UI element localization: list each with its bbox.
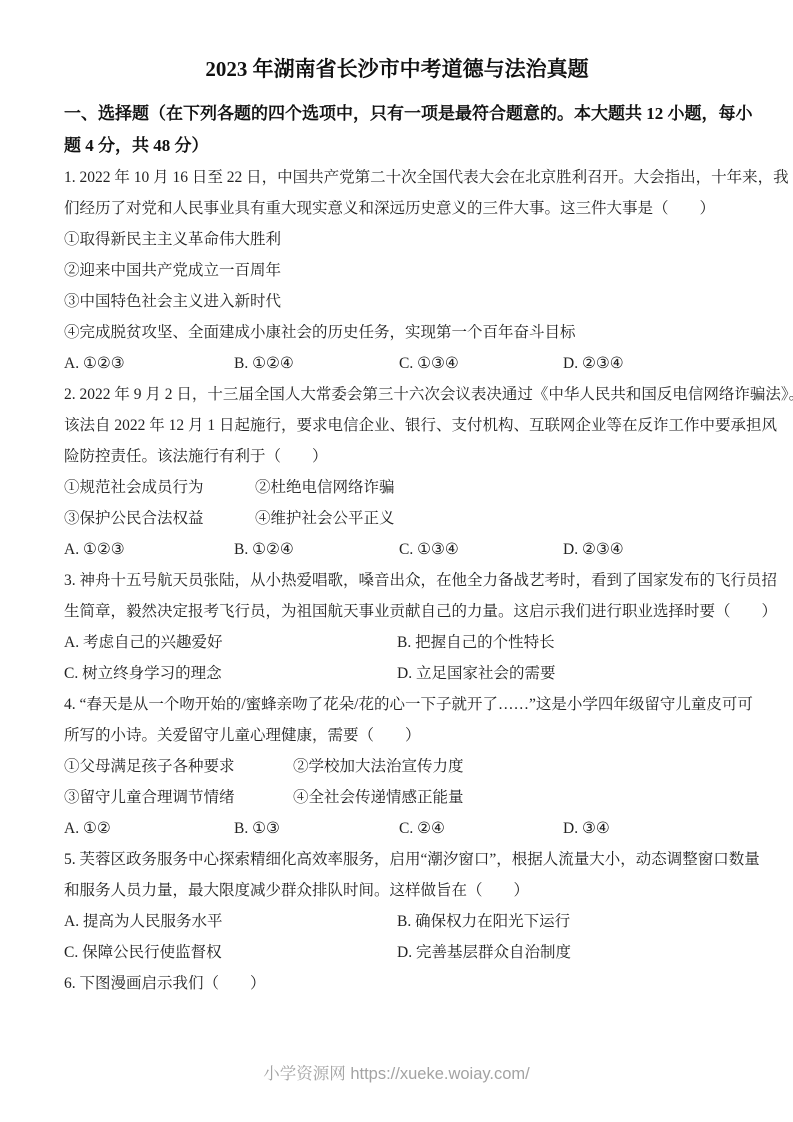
q1-answer-a: A. ①②③: [64, 348, 125, 379]
q6-stem-line-1: 6. 下图漫画启示我们（ ）: [64, 968, 730, 999]
q1-item-3: ③中国特色社会主义进入新时代: [64, 286, 730, 317]
q5-stem-line-2: 和服务人员力量，最大限度减少群众排队时间。这样做旨在（ ）: [64, 875, 730, 906]
q5-answer-row-2: C. 保障公民行使监督权 D. 完善基层群众自治制度: [64, 937, 730, 968]
q3-stem-line-2: 生简章，毅然决定报考飞行员，为祖国航天事业贡献自己的力量。这启示我们进行职业选择…: [64, 596, 730, 627]
q4-stem-line-2: 所写的小诗。关爱留守儿童心理健康，需要（ ）: [64, 720, 730, 751]
q3-answer-b: B. 把握自己的个性特长: [397, 627, 555, 658]
q1-answer-row: A. ①②③ B. ①②④ C. ①③④ D. ②③④: [64, 348, 730, 379]
q4-item-row-2: ③留守儿童合理调节情绪 ④全社会传递情感正能量: [64, 782, 730, 813]
q2-item-1: ①规范社会成员行为: [64, 472, 204, 503]
q5-answer-b: B. 确保权力在阳光下运行: [397, 906, 570, 937]
q1-answer-c: C. ①③④: [399, 348, 459, 379]
q2-answer-a: A. ①②③: [64, 534, 125, 565]
exam-document-page: 2023 年湖南省长沙市中考道德与法治真题 一、选择题（在下列各题的四个选项中，…: [0, 0, 793, 1122]
q5-stem-line-1: 5. 芙蓉区政务服务中心探索精细化高效率服务，启用“潮汐窗口”，根据人流量大小，…: [64, 844, 730, 875]
q5-answer-a: A. 提高为人民服务水平: [64, 906, 222, 937]
q5-answer-c: C. 保障公民行使监督权: [64, 937, 222, 968]
q4-answer-row: A. ①② B. ①③ C. ②④ D. ③④: [64, 813, 730, 844]
q4-item-3: ③留守儿童合理调节情绪: [64, 782, 235, 813]
page-title: 2023 年湖南省长沙市中考道德与法治真题: [64, 52, 730, 86]
q3-answer-a: A. 考虑自己的兴趣爱好: [64, 627, 222, 658]
q1-stem-line-1: 1. 2022 年 10 月 16 日至 22 日，中国共产党第二十次全国代表大…: [64, 162, 730, 193]
q2-item-4: ④维护社会公平正义: [255, 503, 395, 534]
q2-item-3: ③保护公民合法权益: [64, 503, 204, 534]
q4-answer-b: B. ①③: [234, 813, 280, 844]
q3-answer-d: D. 立足国家社会的需要: [397, 658, 555, 689]
q1-stem-line-2: 们经历了对党和人民事业具有重大现实意义和深远历史意义的三件大事。这三件大事是（ …: [64, 193, 730, 224]
section-heading-line-2: 题 4 分，共 48 分）: [64, 130, 730, 162]
q3-stem-line-1: 3. 神舟十五号航天员张陆，从小热爱唱歌，嗓音出众，在他全力备战艺考时，看到了国…: [64, 565, 730, 596]
q4-stem-line-1: 4. “春天是从一个吻开始的/蜜蜂亲吻了花朵/花的心一下子就开了……”这是小学四…: [64, 689, 730, 720]
q1-item-1: ①取得新民主主义革命伟大胜利: [64, 224, 730, 255]
q2-stem-line-2: 该法自 2022 年 12 月 1 日起施行，要求电信企业、银行、支付机构、互联…: [64, 410, 730, 441]
q2-answer-d: D. ②③④: [563, 534, 624, 565]
q5-answer-d: D. 完善基层群众自治制度: [397, 937, 571, 968]
q2-item-row-2: ③保护公民合法权益 ④维护社会公平正义: [64, 503, 730, 534]
q4-answer-a: A. ①②: [64, 813, 111, 844]
q2-answer-row: A. ①②③ B. ①②④ C. ①③④ D. ②③④: [64, 534, 730, 565]
q5-answer-row-1: A. 提高为人民服务水平 B. 确保权力在阳光下运行: [64, 906, 730, 937]
q2-answer-c: C. ①③④: [399, 534, 459, 565]
q2-stem-line-3: 险防控责任。该法施行有利于（ ）: [64, 441, 730, 472]
q2-item-2: ②杜绝电信网络诈骗: [255, 472, 395, 503]
q4-answer-c: C. ②④: [399, 813, 445, 844]
q1-answer-b: B. ①②④: [234, 348, 294, 379]
q3-answer-c: C. 树立终身学习的理念: [64, 658, 222, 689]
q4-item-4: ④全社会传递情感正能量: [293, 782, 464, 813]
section-heading-line-1: 一、选择题（在下列各题的四个选项中，只有一项是最符合题意的。本大题共 12 小题…: [64, 98, 730, 130]
watermark-footer: 小学资源网 https://xueke.woiay.com/: [0, 1062, 793, 1086]
q4-answer-d: D. ③④: [563, 813, 610, 844]
q2-answer-b: B. ①②④: [234, 534, 294, 565]
q4-item-1: ①父母满足孩子各种要求: [64, 751, 235, 782]
q1-answer-d: D. ②③④: [563, 348, 624, 379]
q3-answer-row-2: C. 树立终身学习的理念 D. 立足国家社会的需要: [64, 658, 730, 689]
q1-item-4: ④完成脱贫攻坚、全面建成小康社会的历史任务，实现第一个百年奋斗目标: [64, 317, 730, 348]
q2-stem-line-1: 2. 2022 年 9 月 2 日，十三届全国人大常委会第三十六次会议表决通过《…: [64, 379, 730, 410]
q3-answer-row-1: A. 考虑自己的兴趣爱好 B. 把握自己的个性特长: [64, 627, 730, 658]
q1-item-2: ②迎来中国共产党成立一百周年: [64, 255, 730, 286]
q4-item-2: ②学校加大法治宣传力度: [293, 751, 464, 782]
document-content: 2023 年湖南省长沙市中考道德与法治真题 一、选择题（在下列各题的四个选项中，…: [64, 0, 730, 999]
q4-item-row-1: ①父母满足孩子各种要求 ②学校加大法治宣传力度: [64, 751, 730, 782]
q2-item-row-1: ①规范社会成员行为 ②杜绝电信网络诈骗: [64, 472, 730, 503]
